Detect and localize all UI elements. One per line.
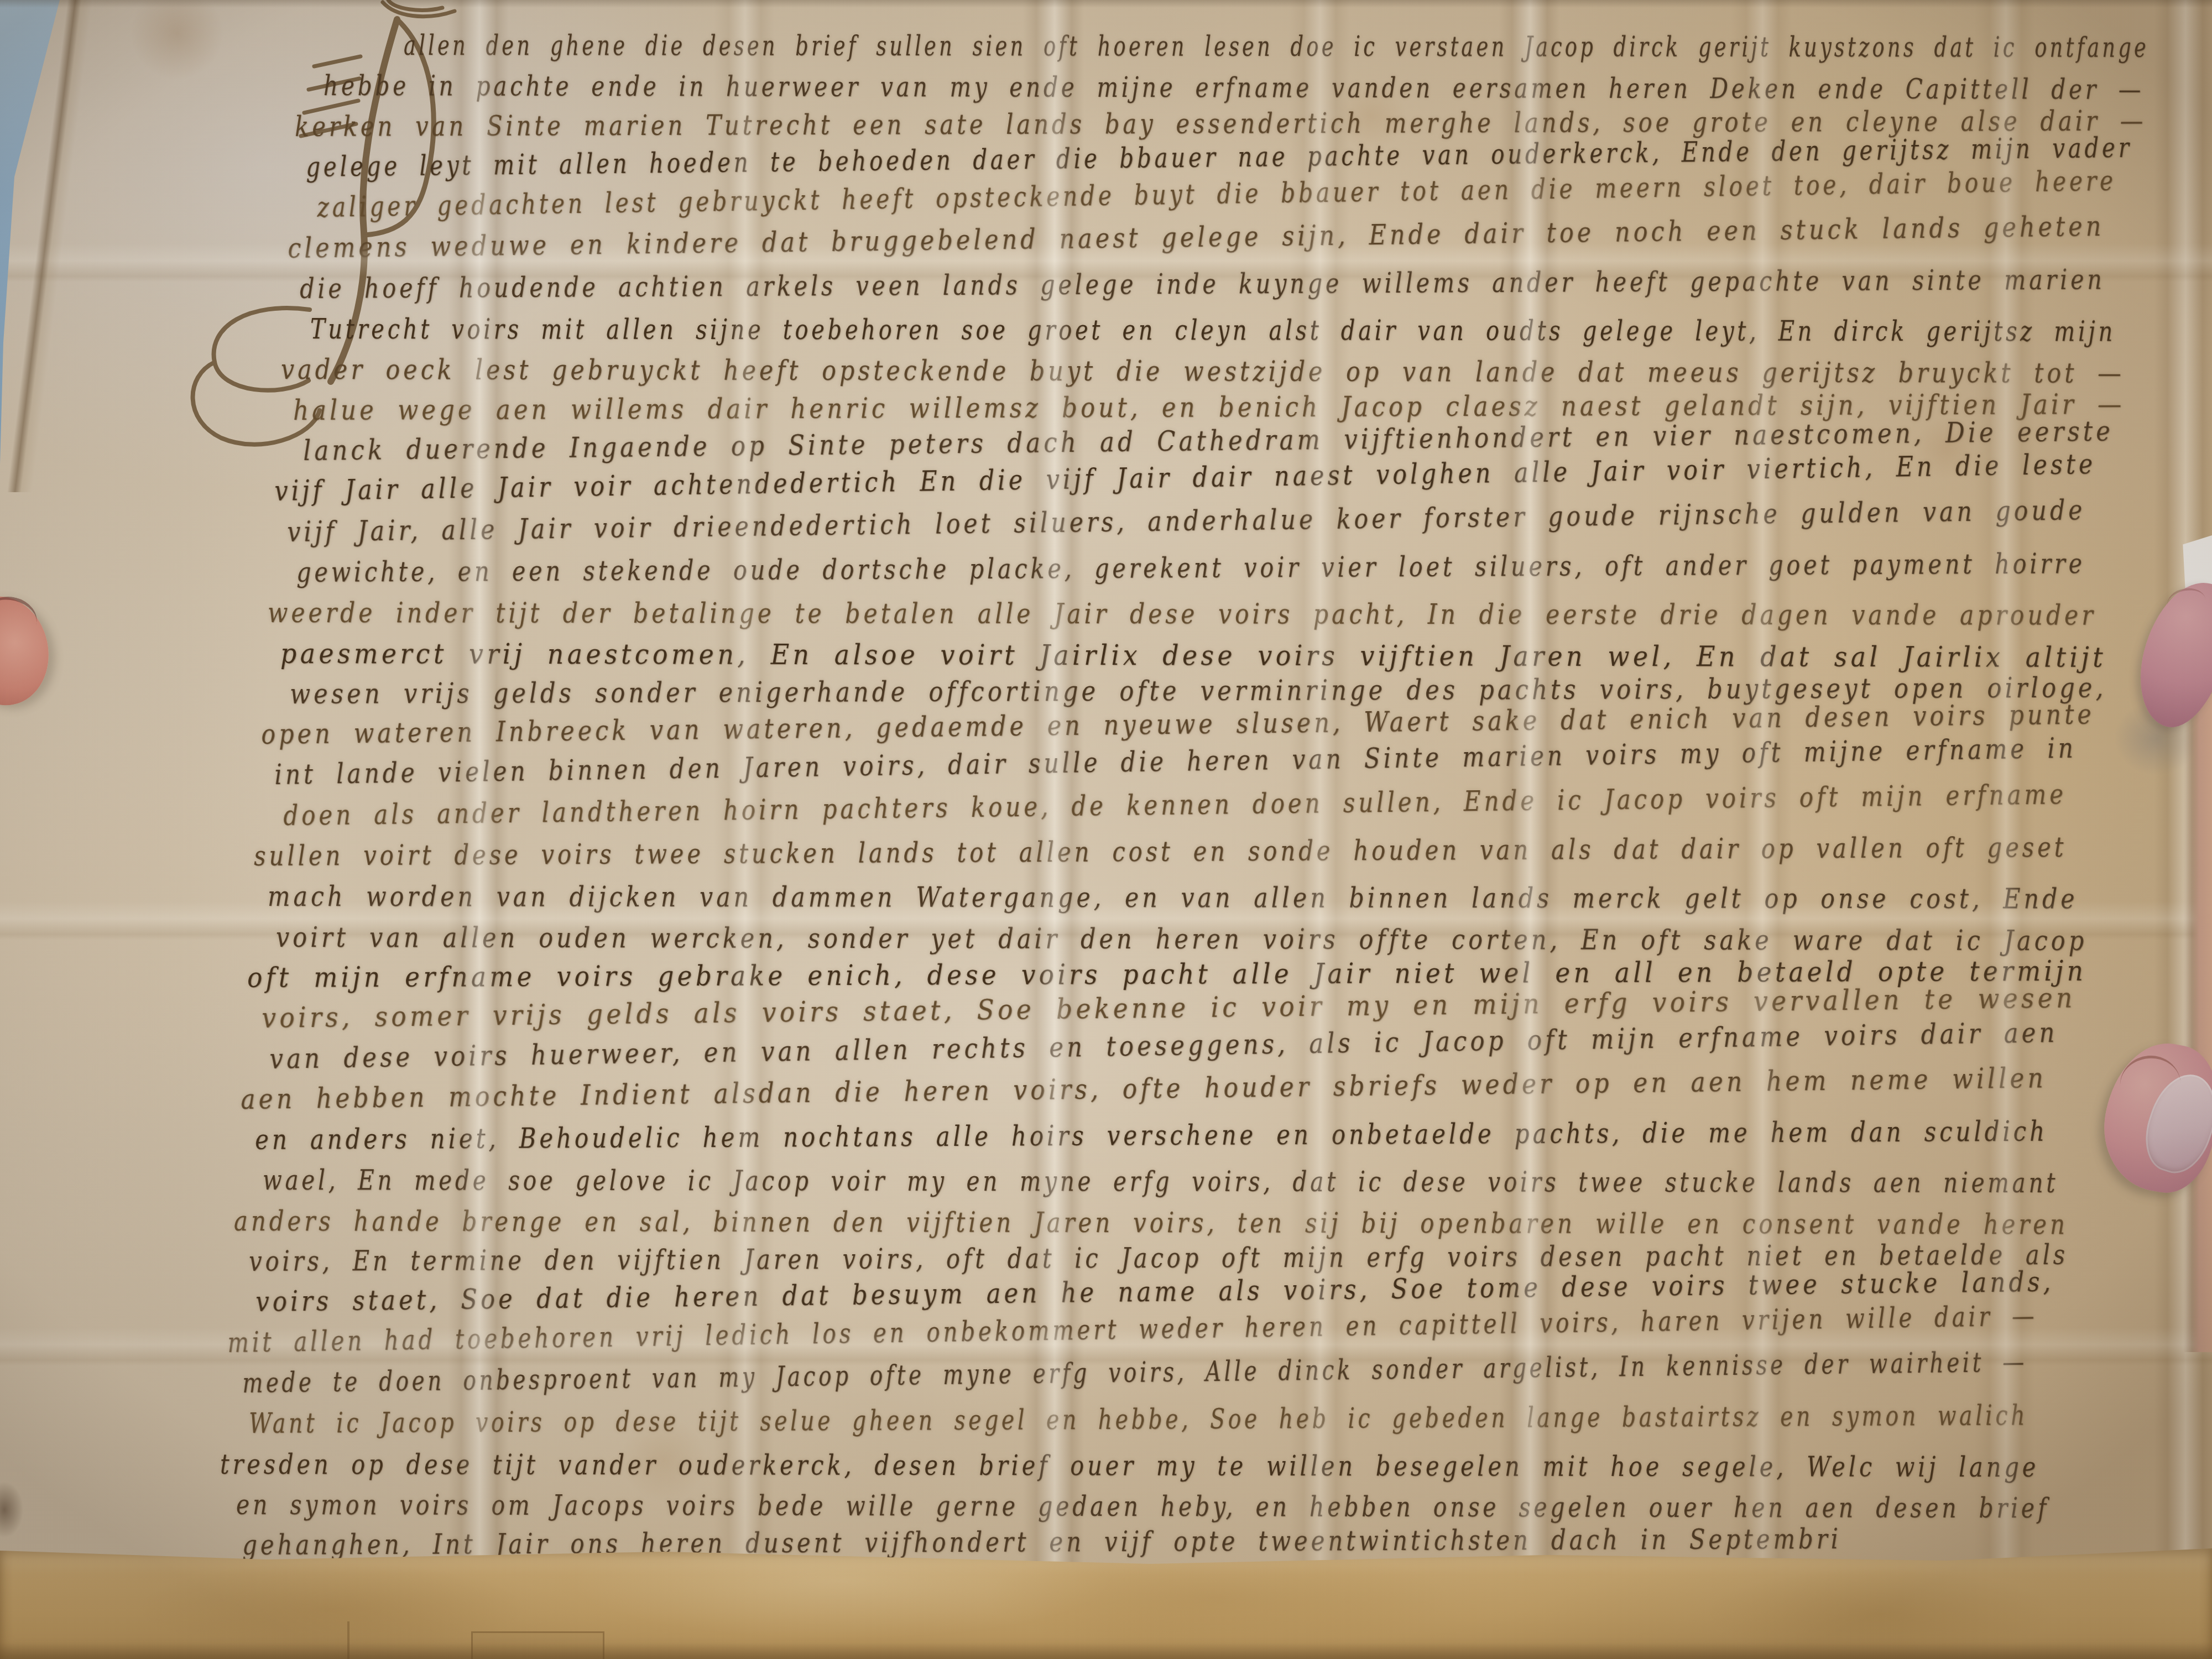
manuscript-line: paesmerct vrij naestcomen, En alsoe voir… <box>280 637 2106 674</box>
manuscript-line: mach worden van dijcken van dammen Water… <box>268 880 2078 916</box>
manuscript-line: Tutrecht voirs mit allen sijne toebehore… <box>310 312 2116 348</box>
manuscript-line: allen den ghene die desen brief sullen s… <box>404 29 2149 64</box>
plica-fold <box>0 1547 2212 1659</box>
manuscript-line: gewichte, en een stekende oude dortsche … <box>296 547 2085 589</box>
manuscript-line: Want ic Jacop voirs op dese tijt selue g… <box>249 1399 2028 1441</box>
finger-shadow-left-bottom <box>0 1471 36 1548</box>
hand-skin-right-edge <box>2183 694 2212 1352</box>
manuscript-text: allen den ghene die desen brief sullen s… <box>0 0 2212 1659</box>
seal-slit <box>347 1621 349 1659</box>
seal-slit-flap <box>471 1631 604 1659</box>
photo-frame: allen den ghene die desen brief sullen s… <box>0 0 2212 1659</box>
manuscript-line: wael, En mede soe gelove ic Jacop voir m… <box>263 1164 2058 1199</box>
manuscript-line: weerde inder tijt der betalinge te betal… <box>268 596 2096 632</box>
manuscript-line: tresden op dese tijt vander ouderkerck, … <box>220 1448 2039 1484</box>
manuscript-line: vader oeck lest gebruyckt heeft opstecke… <box>281 353 2125 390</box>
manuscript-line: voirt van allen ouden wercken, sonder ye… <box>276 921 2087 957</box>
manuscript-line: anders hande brenge en sal, binnen den v… <box>234 1204 2068 1241</box>
manuscript-line: en anders niet, Behoudelic hem nochtans … <box>255 1115 2048 1156</box>
manuscript-line: en symon voirs om Jacops voirs bede will… <box>236 1488 2049 1525</box>
manuscript-line: die hoeff houdende achtien arkels veen l… <box>300 263 2105 305</box>
manuscript-line: sullen voirt dese voirs twee stucken lan… <box>254 831 2067 873</box>
manuscript-line: hebbe in pachte ende in huerweer van my … <box>324 69 2144 106</box>
